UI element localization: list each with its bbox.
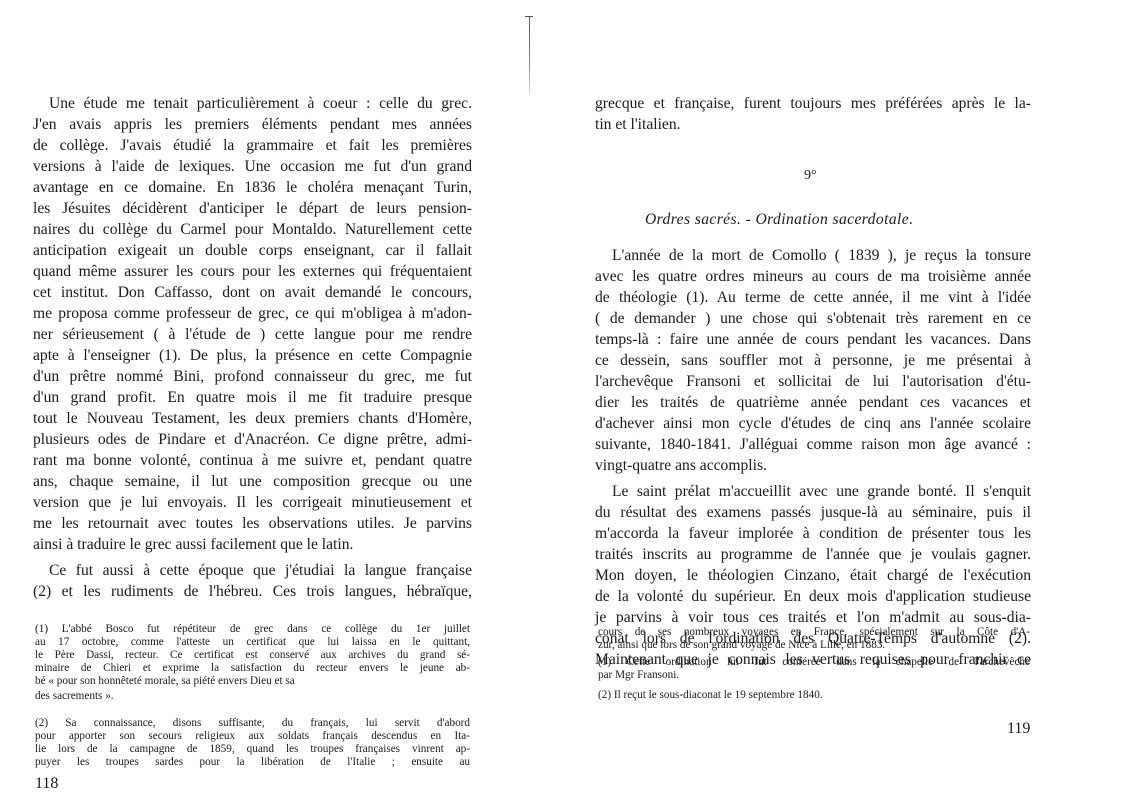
footnote-line: au 17 octobre, comme l'atteste un certif… xyxy=(35,636,470,649)
text-line: ainsi à traduire le grec aussi facilemen… xyxy=(33,535,472,555)
footnote-line: des sacrements ». xyxy=(35,690,470,703)
footnote-line: (2) Sa connaissance, disons suffisante, … xyxy=(35,717,470,730)
text-line: naires du collège du Carmel pour Montald… xyxy=(33,220,472,240)
text-line: tout le Nouveau Testament, les deux prem… xyxy=(33,409,472,429)
text-line: traités inscrits au programme de l'année… xyxy=(595,545,1031,565)
footnote-line: puyer les troupes sardes pour la libérat… xyxy=(35,756,470,769)
text-line: du résultat des examens passés jusque-là… xyxy=(595,503,1031,523)
text-line: L'année de la mort de Comollo ( 1839 ), … xyxy=(612,246,1031,266)
text-line: d'achever ainsi mon cycle d'études de ci… xyxy=(595,414,1031,434)
text-line: d'un grand profit. En quatre mois il me … xyxy=(33,388,472,408)
text-line: me les retournait avec toutes les observ… xyxy=(33,514,472,534)
gutter-scan-mark xyxy=(529,16,530,96)
text-line: avantage en ce domaine. En 1836 le cholé… xyxy=(33,178,472,198)
text-line: Ce fut aussi à cette époque que j'étudia… xyxy=(49,561,472,581)
text-line: J'en avais appris les premiers éléments … xyxy=(33,115,472,135)
gutter-scan-mark-cap xyxy=(525,16,533,17)
text-line: l'archevêque Fransoni et sollicitai de l… xyxy=(595,372,1031,392)
text-line: ner sérieusement ( à l'étude de ) cette … xyxy=(33,325,472,345)
text-line: de collège. J'avais étudié la grammaire … xyxy=(33,136,472,156)
footnote-line: zur, ainsi que lors de son grand voyage … xyxy=(598,639,1030,652)
text-line: ans, chaque semaine, il lut une composit… xyxy=(33,472,472,492)
text-line: avec les quatre ordres mineurs au cours … xyxy=(595,267,1031,287)
footnote-line: lie lors de la campagne de 1859, quand l… xyxy=(35,743,470,756)
text-line: je parvins à voir tous ces traités et l'… xyxy=(595,608,1031,628)
text-line: version que je lui envoyais. Il les corr… xyxy=(33,493,472,513)
text-line: de la volonté du supérieur. En deux mois… xyxy=(595,587,1031,607)
footnote-line: bé « pour son honnêteté morale, sa piété… xyxy=(35,675,470,688)
text-line: ce dessein, sans souffler mot à personne… xyxy=(595,351,1031,371)
footnote-line: (2) Il reçut le sous-diaconat le 19 sept… xyxy=(598,689,1030,702)
footnote-line: par Mgr Fransoni. xyxy=(598,669,1030,682)
text-line: vingt-quatre ans accomplis. xyxy=(595,456,1031,476)
text-line: temps-là : faire une année de cours pend… xyxy=(595,330,1031,350)
right-page: grecque et française, furent toujours me… xyxy=(560,0,1123,794)
text-line: versions à l'aide de lexiques. Une occas… xyxy=(33,157,472,177)
text-line: rant ma bonne volonté, continua à me sui… xyxy=(33,451,472,471)
text-line: me proposa comme professeur de grec, ce … xyxy=(33,304,472,324)
left-page: Une étude me tenait particulièrement à c… xyxy=(0,0,520,794)
text-line: quand même assurer les cours pour les ex… xyxy=(33,262,472,282)
text-line: de théologie (1). Au terme de cette anné… xyxy=(595,288,1031,308)
section-number: 9° xyxy=(804,168,817,184)
text-line: tin et l'italien. xyxy=(595,115,1031,135)
footnote-line: le Père Dassi, recteur. Ce certificat es… xyxy=(35,649,470,662)
text-line: dier les traités de quatrième année pend… xyxy=(595,393,1031,413)
footnote-line: (1) L'abbé Bosco fut répétiteur de grec … xyxy=(35,623,470,636)
text-line: plusieurs odes de Pindare et d'Anacréon.… xyxy=(33,430,472,450)
text-line: Mon doyen, le théologien Cinzano, était … xyxy=(595,566,1031,586)
text-line: Une étude me tenait particulièrement à c… xyxy=(49,94,472,114)
text-line: ( de demander ) une chose qui s'obtenait… xyxy=(595,309,1031,329)
footnote-line: cours de ses nombreux voyages en France,… xyxy=(598,626,1030,639)
footnote-line: minaire de Chieri et exprime la satisfac… xyxy=(35,662,470,675)
text-line: cet institut. Don Caffasso, dont on avai… xyxy=(33,283,472,303)
text-line: les Jésuites décidèrent d'anticiper le d… xyxy=(33,199,472,219)
text-line: anticipation exigeait un double corps en… xyxy=(33,241,472,261)
footnote-line: pour apporter son secours religieux aux … xyxy=(35,730,470,743)
text-line: d'un prêtre nommé Bini, profond connaiss… xyxy=(33,367,472,387)
section-title: Ordres sacrés. - Ordination sacerdotale. xyxy=(645,211,913,229)
text-line: m'accorda la faveur implorée à condition… xyxy=(595,524,1031,544)
page-number: 118 xyxy=(35,775,58,793)
text-line: suivante, 1840-1841. J'alléguai comme ra… xyxy=(595,435,1031,455)
text-line: grecque et française, furent toujours me… xyxy=(595,94,1031,114)
text-line: Le saint prélat m'accueillit avec une gr… xyxy=(612,482,1031,502)
footnote-line: (1) Cette ordination lui fut conférée da… xyxy=(598,656,1030,669)
text-line: apte à l'enseigner (1). De plus, la prés… xyxy=(33,346,472,366)
text-line: (2) et les rudiments de l'hébreu. Ces tr… xyxy=(33,582,472,602)
page-number: 119 xyxy=(1007,720,1030,738)
